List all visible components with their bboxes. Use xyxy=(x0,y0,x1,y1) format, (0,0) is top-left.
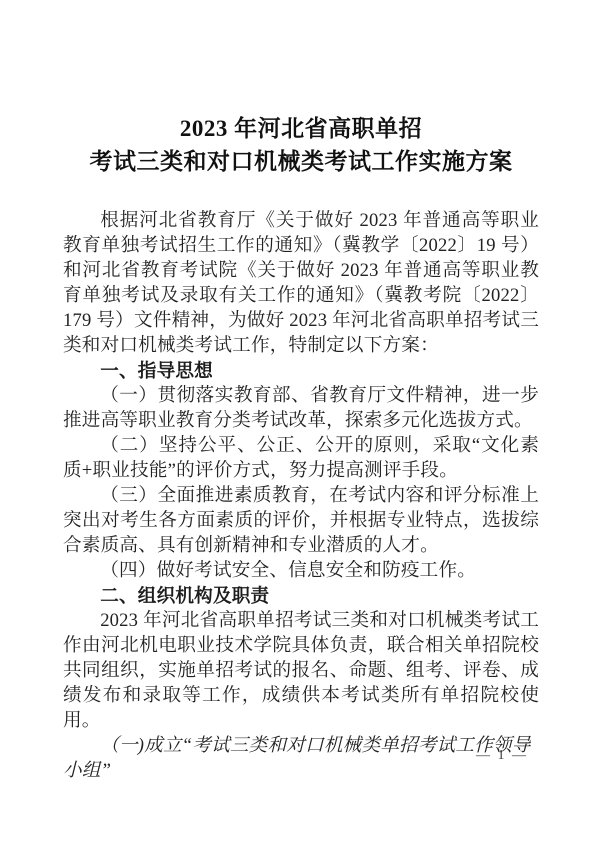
paragraph: （四）做好考试安全、信息安全和防疫工作。 xyxy=(63,558,539,583)
paragraph: （三）全面推进素质教育，在考试内容和评分标准上突出对考生各方面素质的评价，并根据… xyxy=(63,483,539,558)
document-title-line1: 2023 年河北省高职单招 xyxy=(63,112,539,145)
page-number: — 1 — xyxy=(476,748,528,764)
document-title: 2023 年河北省高职单招 考试三类和对口机械类考试工作实施方案 xyxy=(63,112,539,178)
paragraph: 根据河北省教育厅《关于做好 2023 年普通高等职业教育单独考试招生工作的通知》… xyxy=(63,208,539,358)
paragraph: （二）坚持公平、公正、公开的原则，采取“文化素质+职业技能”的评价方式，努力提高… xyxy=(63,433,539,483)
paragraph: 2023 年河北省高职单招考试三类和对口机械类考试工作由河北机电职业技术学院具体… xyxy=(63,608,539,733)
section-heading: 一、指导思想 xyxy=(63,358,539,383)
document-content: 2023 年河北省高职单招 考试三类和对口机械类考试工作实施方案 根据河北省教育… xyxy=(63,112,539,783)
document-page: 2023 年河北省高职单招 考试三类和对口机械类考试工作实施方案 根据河北省教育… xyxy=(0,0,600,848)
document-title-line2: 考试三类和对口机械类考试工作实施方案 xyxy=(63,145,539,178)
section-heading: 二、组织机构及职责 xyxy=(63,583,539,608)
paragraph: （一）贯彻落实教育部、省教育厅文件精神，进一步推进高等职业教育分类考试改革，探索… xyxy=(63,383,539,433)
paragraph: （一)成立“考试三类和对口机械类单招考试工作领导小组” xyxy=(63,733,539,783)
document-body: 根据河北省教育厅《关于做好 2023 年普通高等职业教育单独考试招生工作的通知》… xyxy=(63,208,539,783)
